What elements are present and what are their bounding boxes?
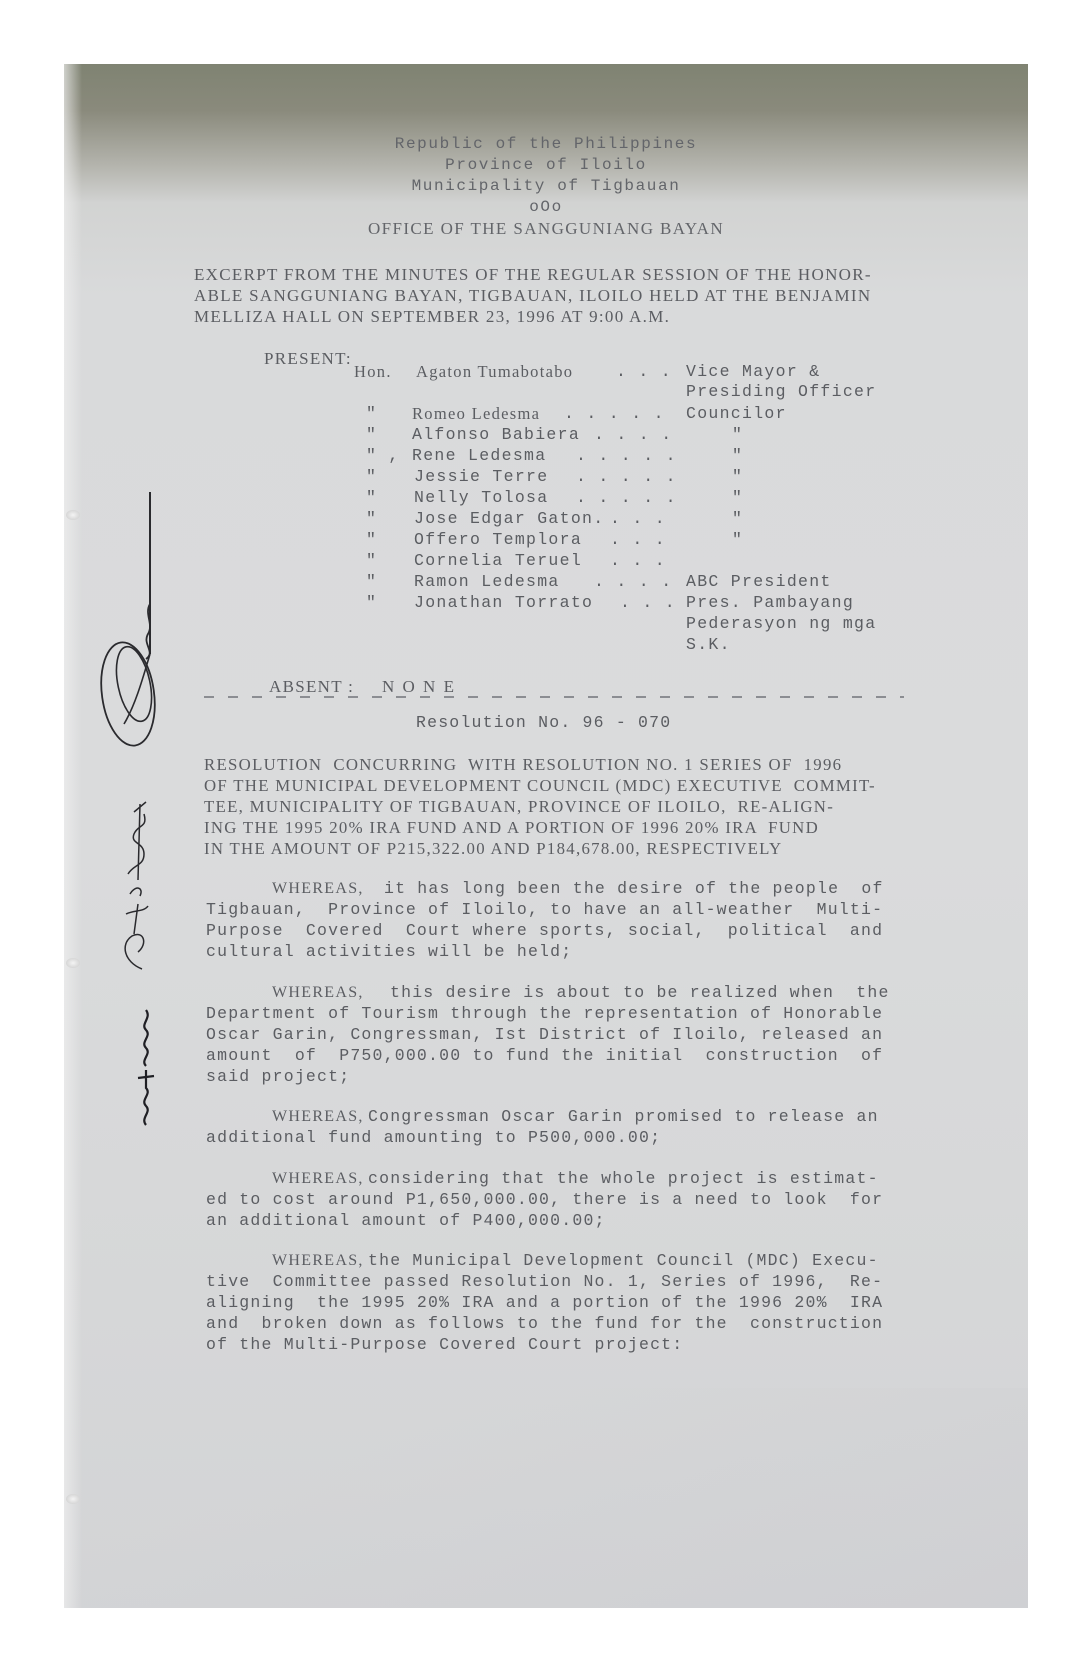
member-row: " Jessie Terre . . . . . " <box>64 467 1028 488</box>
punch-hole <box>66 1494 80 1504</box>
member-leader: . . . <box>616 362 672 381</box>
member-name: Offero Templora <box>414 530 582 549</box>
member-position: " <box>732 509 743 528</box>
member-name: Ramon Ledesma <box>414 572 560 591</box>
member-position-cont: Presiding Officer <box>64 382 1028 403</box>
member-name: Jessie Terre <box>414 467 548 486</box>
member-name: Rene Ledesma <box>412 446 546 465</box>
resolution-title-line: RESOLUTION CONCURRING WITH RESOLUTION NO… <box>204 754 842 775</box>
resolution-title-line: IN THE AMOUNT OF P215,322.00 AND P184,67… <box>204 838 782 859</box>
member-position-cont: S.K. <box>64 635 1028 656</box>
member-leader: . . . <box>610 530 666 549</box>
member-prefix: " <box>366 509 377 528</box>
member-prefix: " <box>366 530 377 549</box>
excerpt-line-2: ABLE SANGGUNIANG BAYAN, TIGBAUAN, ILOILO… <box>194 285 871 306</box>
member-name: Jonathan Torrato <box>414 593 593 612</box>
member-position: ABC President <box>686 572 832 591</box>
whereas-line: this desire is about to be realized when… <box>390 982 890 1003</box>
member-position: " <box>732 467 743 486</box>
whereas-line: aligning the 1995 20% IRA and a portion … <box>206 1292 883 1313</box>
member-row: " Ramon Ledesma . . . . ABC President <box>64 572 1028 593</box>
excerpt-line-1: EXCERPT FROM THE MINUTES OF THE REGULAR … <box>194 264 872 285</box>
margin-signature-3 <box>122 1000 172 1130</box>
whereas-line: amount of P750,000.00 to fund the initia… <box>206 1045 883 1066</box>
whereas-line: ed to cost around P1,650,000.00, there i… <box>206 1189 883 1210</box>
member-position: Vice Mayor & <box>686 362 820 381</box>
member-position-3: S.K. <box>686 635 731 654</box>
whereas-lead: WHEREAS, <box>272 878 364 899</box>
member-row: " Offero Templora . . . " <box>64 530 1028 551</box>
member-prefix: " <box>366 488 377 507</box>
member-leader: . . . . . <box>576 446 677 465</box>
whereas-line: the Municipal Development Council (MDC) … <box>368 1250 879 1271</box>
member-name: Agaton Tumabotabo <box>416 362 573 382</box>
whereas-line: cultural activities will be held; <box>206 941 572 962</box>
member-leader: . . . . <box>594 425 672 444</box>
member-prefix: Hon. <box>354 362 392 382</box>
member-leader: . . . . . <box>564 404 665 423</box>
member-row: " Jonathan Torrato . . . Pres. Pambayang <box>64 593 1028 614</box>
whereas-line: and broken down as follows to the fund f… <box>206 1313 883 1334</box>
header-province: Province of Iloilo <box>64 155 1028 176</box>
member-prefix: " <box>366 425 377 444</box>
whereas-line: additional fund amounting to P500,000.00… <box>206 1127 661 1148</box>
header-republic: Republic of the Philippines <box>64 134 1028 155</box>
section-divider <box>204 696 904 698</box>
whereas-lead: WHEREAS, <box>272 1106 364 1127</box>
member-row: " Jose Edgar Gaton. . . . " <box>64 509 1028 530</box>
member-name: Nelly Tolosa <box>414 488 548 507</box>
excerpt-line-3: MELLIZA HALL ON SEPTEMBER 23, 1996 AT 9:… <box>194 306 670 327</box>
member-leader: . . . <box>610 551 666 570</box>
member-prefix: " <box>366 551 377 570</box>
member-name: Alfonso Babiera <box>412 425 580 444</box>
member-name: Romeo Ledesma <box>412 404 540 424</box>
absent-value: N O N E <box>382 676 456 697</box>
whereas-line: Tigbauan, Province of Iloilo, to have an… <box>206 899 883 920</box>
margin-signature-1 <box>84 484 174 774</box>
member-prefix: " <box>366 572 377 591</box>
margin-signature-2 <box>104 784 164 974</box>
member-row: " Nelly Tolosa . . . . . " <box>64 488 1028 509</box>
header-office: OFFICE OF THE SANGGUNIANG BAYAN <box>64 218 1028 239</box>
whereas-lead: WHEREAS, <box>272 1250 364 1271</box>
resolution-title-line: ING THE 1995 20% IRA FUND AND A PORTION … <box>204 817 819 838</box>
whereas-line: Oscar Garin, Congressman, Ist District o… <box>206 1024 883 1045</box>
member-position: " <box>732 425 743 444</box>
whereas-line: said project; <box>206 1066 350 1087</box>
member-prefix: " <box>366 467 377 486</box>
whereas-line: considering that the whole project is es… <box>368 1168 879 1189</box>
member-position: " <box>732 446 743 465</box>
whereas-line: Department of Tourism through the repres… <box>206 1003 883 1024</box>
member-leader: . . . <box>620 593 676 612</box>
whereas-line: tive Committee passed Resolution No. 1, … <box>206 1271 883 1292</box>
member-row: Hon. Agaton Tumabotabo . . . Vice Mayor … <box>64 362 1028 383</box>
member-row: " , Rene Ledesma . . . . . " <box>64 446 1028 467</box>
whereas-line: Purpose Covered Court where sports, soci… <box>206 920 883 941</box>
whereas-line: of the Multi-Purpose Covered Court proje… <box>206 1334 683 1355</box>
member-leader: . . . . . <box>576 467 677 486</box>
resolution-number: Resolution No. 96 - 070 <box>416 712 671 733</box>
whereas-lead: WHEREAS, <box>272 982 364 1003</box>
member-prefix: " , <box>366 446 400 465</box>
whereas-line: it has long been the desire of the peopl… <box>384 878 884 899</box>
resolution-title-line: TEE, MUNICIPALITY OF TIGBAUAN, PROVINCE … <box>204 796 834 817</box>
punch-hole <box>66 958 80 968</box>
member-position-cont: Pederasyon ng mga <box>64 614 1028 635</box>
member-leader: . . . . . <box>576 488 677 507</box>
member-row: " Alfonso Babiera . . . . " <box>64 425 1028 446</box>
member-prefix: " <box>366 404 377 423</box>
member-position: Pres. Pambayang <box>686 593 854 612</box>
header-ornament: oOo <box>64 197 1028 218</box>
member-position: Councilor <box>686 404 787 423</box>
whereas-lead: WHEREAS, <box>272 1168 364 1189</box>
member-leader: . . . . <box>594 572 672 591</box>
document-photo: Republic of the Philippines Province of … <box>64 64 1028 1608</box>
whereas-line: an additional amount of P400,000.00; <box>206 1210 606 1231</box>
member-row: " Cornelia Teruel . . . <box>64 551 1028 572</box>
member-position: " <box>732 488 743 507</box>
member-name: Jose Edgar Gaton. <box>414 509 604 528</box>
absent-label: ABSENT : <box>269 676 354 697</box>
member-row: " Romeo Ledesma . . . . . Councilor <box>64 404 1028 425</box>
whereas-line: Congressman Oscar Garin promised to rele… <box>368 1106 879 1127</box>
header-municipality: Municipality of Tigbauan <box>64 176 1028 197</box>
member-position-2: Pederasyon ng mga <box>686 614 876 633</box>
member-position: " <box>732 530 743 549</box>
member-position-2: Presiding Officer <box>686 382 876 401</box>
member-name: Cornelia Teruel <box>414 551 582 570</box>
member-prefix: " <box>366 593 377 612</box>
member-leader: . . . <box>610 509 666 528</box>
resolution-title-line: OF THE MUNICIPAL DEVELOPMENT COUNCIL (MD… <box>204 775 876 796</box>
